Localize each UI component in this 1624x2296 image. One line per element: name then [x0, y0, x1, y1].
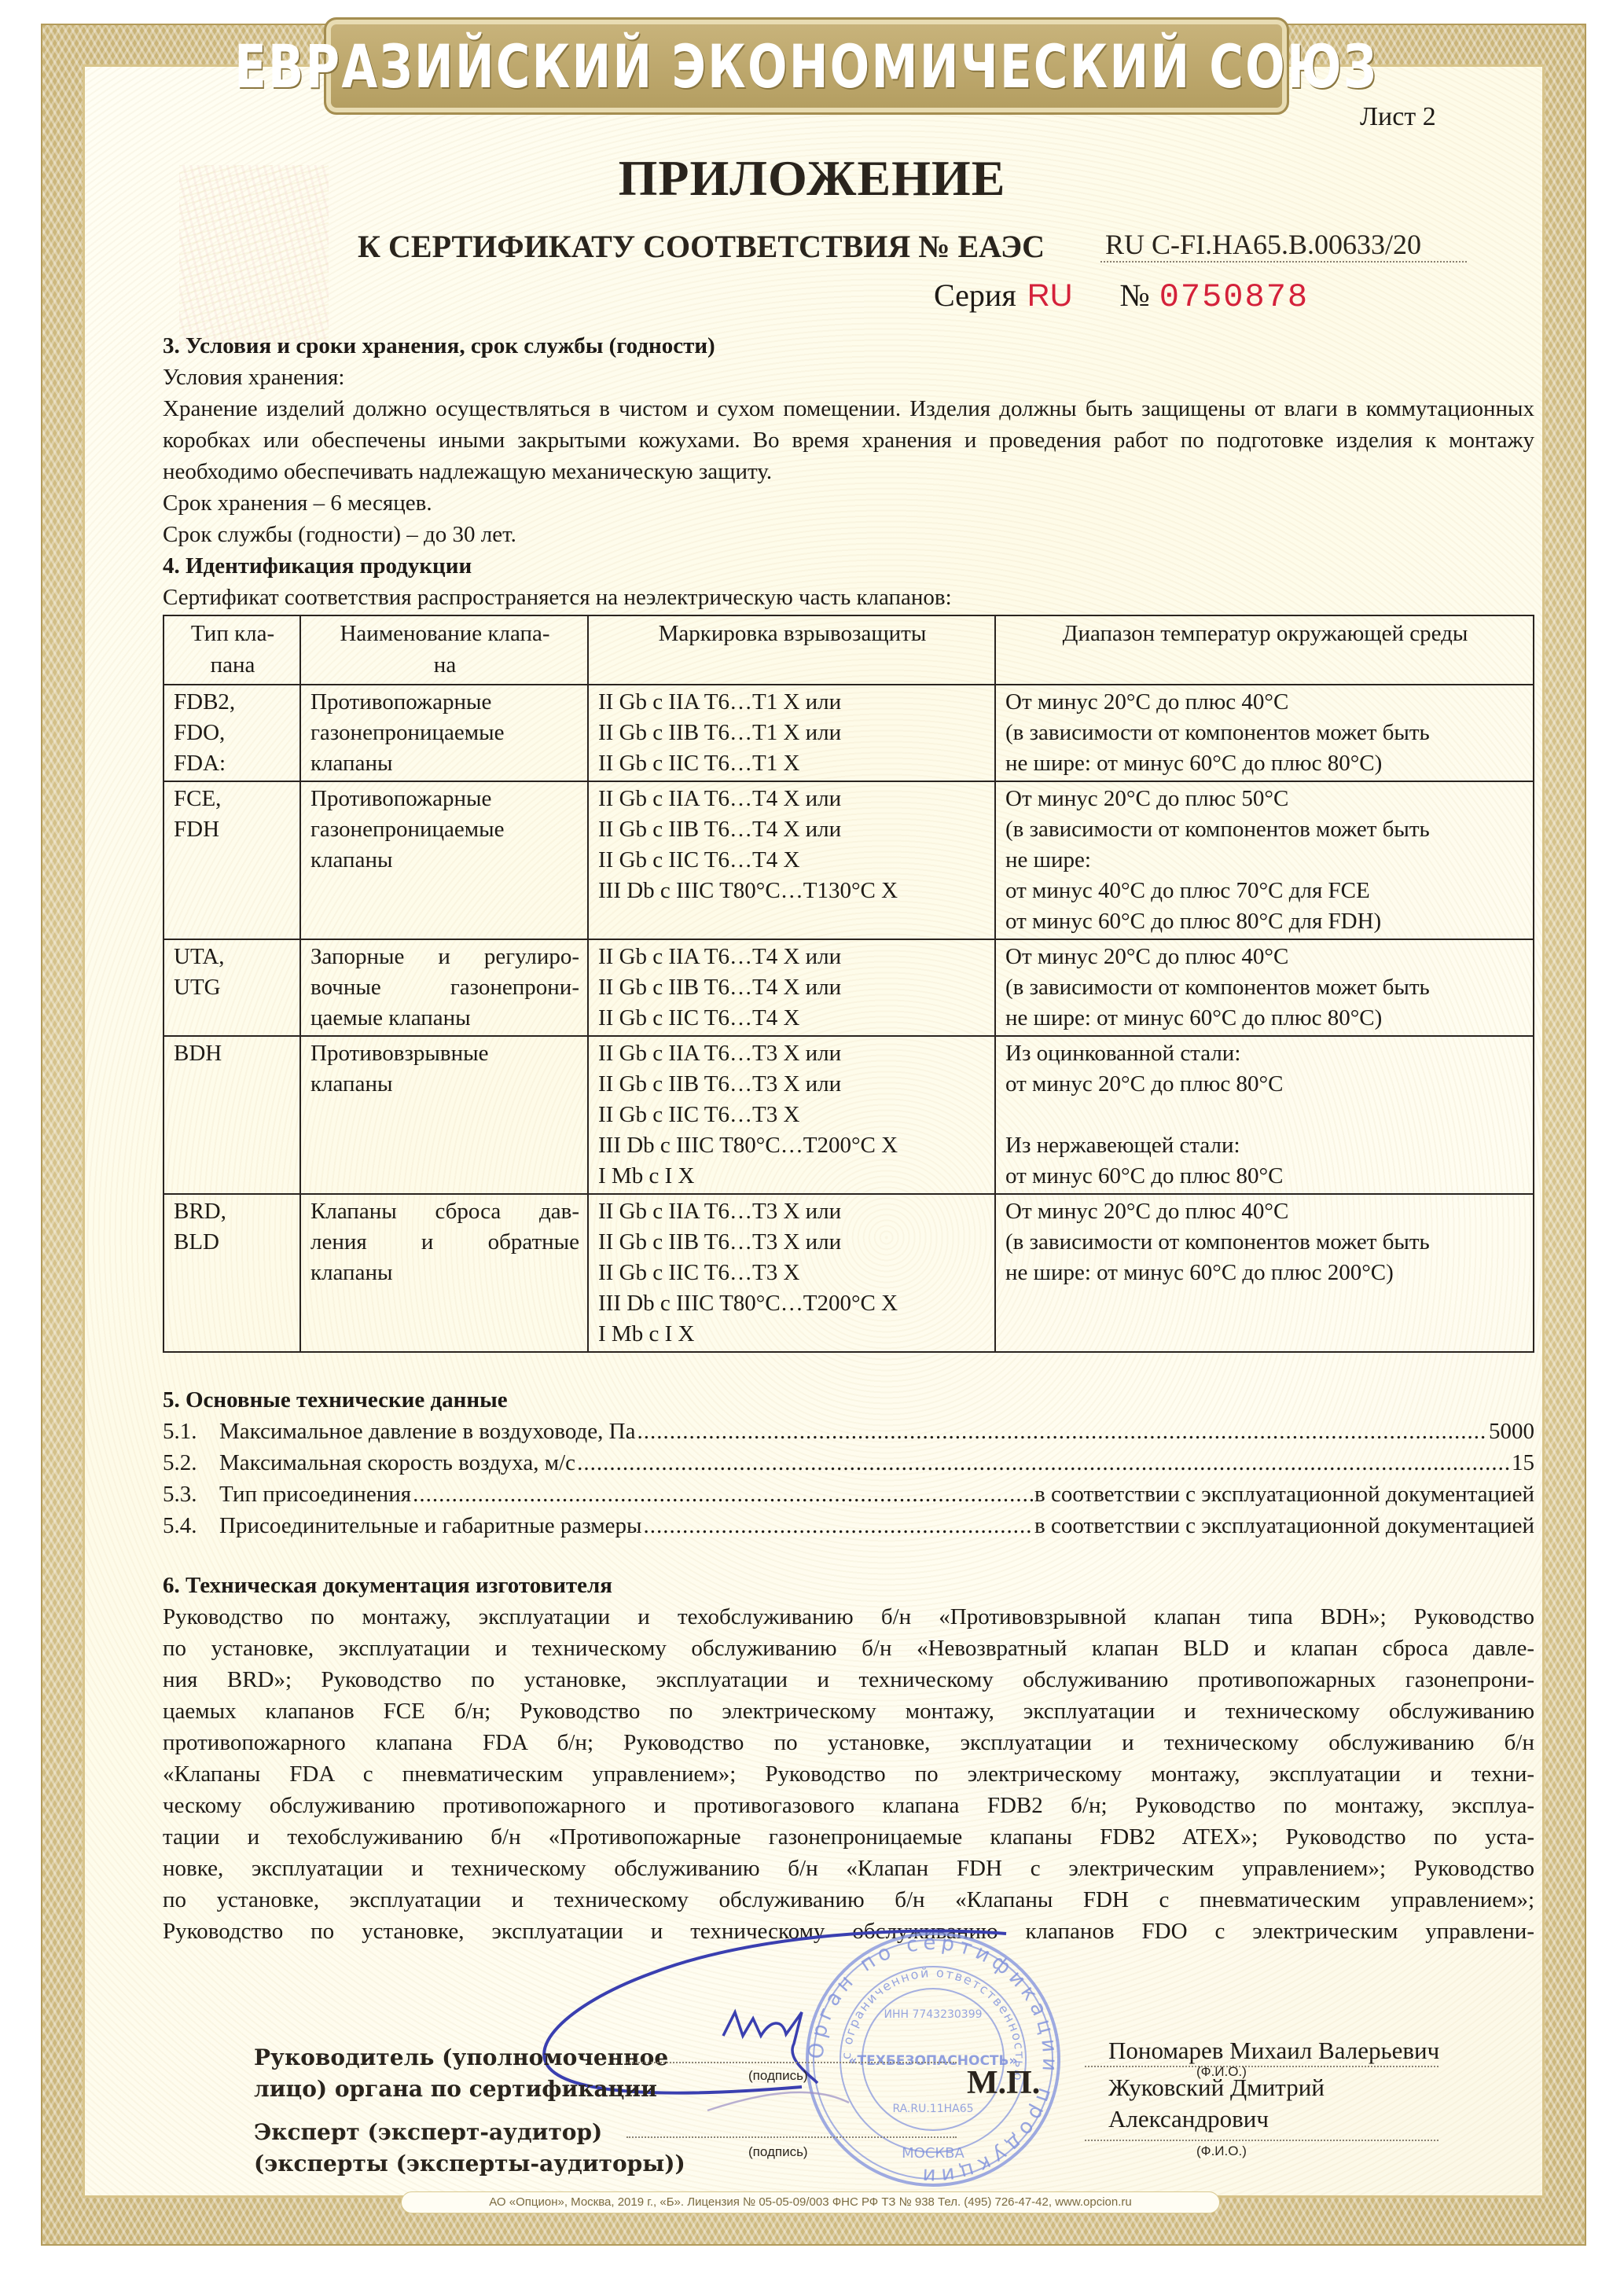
dot-leader: [637, 1416, 1487, 1447]
dot-leader: [577, 1447, 1510, 1479]
expert-name-caption: (Ф.И.О.): [1196, 2144, 1247, 2159]
documentation-line: ния BRD»; Руководство по установке, эксп…: [163, 1664, 1534, 1695]
table-header-cell: Тип кла-пана: [164, 615, 300, 685]
header-banner: ЕВРАЗИЙСКИЙ ЭКОНОМИЧЕСКИЙ СОЮЗ: [324, 17, 1289, 115]
table-cell-type: FDB2,FDO,FDA:: [164, 685, 300, 781]
expert-label-line-2: (эксперты (эксперты-аудиторы)): [254, 2148, 685, 2180]
table-cell-type: BRD,BLD: [164, 1194, 300, 1352]
tech-item-label: Тип присоединения: [219, 1479, 411, 1510]
blank-number-label: №: [1120, 277, 1150, 313]
table-cell-temperature: Из оцинкованной стали:от минус 20°C до п…: [995, 1036, 1534, 1194]
section-5: 5. Основные технические данные 5.1.Макси…: [163, 1384, 1534, 1541]
documentation-line: противопожарного клапана FDA б/н; Руково…: [163, 1727, 1534, 1758]
table-header-cell: Маркировка взрывозащиты: [588, 615, 995, 685]
service-life: Срок службы (годности) – до 30 лет.: [163, 519, 1534, 550]
section-5-heading: 5. Основные технические данные: [163, 1384, 1534, 1416]
tech-item-value: 5000: [1489, 1416, 1534, 1447]
documentation-line: цаемых клапанов FCE б/н; Руководство по …: [163, 1695, 1534, 1727]
dot-leader: [413, 1479, 1033, 1510]
dot-leader: [643, 1510, 1033, 1541]
table-cell-temperature: От минус 20°C до плюс 50°C(в зависимости…: [995, 781, 1534, 939]
documentation-line: по установке, эксплуатации и техническом…: [163, 1633, 1534, 1664]
head-label-line-2: лицо) органа по сертификации: [254, 2074, 657, 2105]
tech-data-row: 5.2.Максимальная скорость воздуха, м/с15: [163, 1447, 1534, 1479]
expert-name-line-1: Жуковский Дмитрий: [1108, 2072, 1325, 2103]
tech-item-number: 5.1.: [163, 1416, 219, 1447]
storage-conditions-text: Хранение изделий должно осуществляться в…: [163, 393, 1534, 487]
table-cell-type: FCE,FDH: [164, 781, 300, 939]
svg-text:МОСКВА: МОСКВА: [902, 2145, 964, 2162]
certificate-prefix: К СЕРТИФИКАТУ СООТВЕТСТВИЯ № ЕАЭС: [358, 228, 1045, 265]
expert-name-line: [1085, 2140, 1438, 2141]
table-row: UTA,UTGЗапорные и регулиро-вочные газоне…: [164, 939, 1534, 1036]
table-cell-marking: II Gb c IIA T6…T1 X илиII Gb c IIB T6…T1…: [588, 685, 995, 781]
table-cell-name: Запорные и регулиро-вочные газонепрони-ц…: [300, 939, 588, 1036]
head-full-name: Пономарев Михаил Валерьевич: [1108, 2035, 1439, 2066]
tech-data-row: 5.1.Максимальное давление в воздуховоде,…: [163, 1416, 1534, 1447]
documentation-line: тации и техобслуживанию б/н «Противопожа…: [163, 1821, 1534, 1853]
table-header-cell: Диапазон температур окружающей среды: [995, 615, 1534, 685]
tech-item-value: в соответствии с эксплуатационной докуме…: [1034, 1510, 1534, 1541]
head-label-line-1: Руководитель (уполномоченное: [254, 2042, 668, 2074]
documentation-line: по установке, эксплуатации и техническом…: [163, 1884, 1534, 1916]
table-cell-temperature: От минус 20°C до плюс 40°C(в зависимости…: [995, 1194, 1534, 1352]
expert-label-line-1: Эксперт (эксперт-аудитор): [254, 2117, 602, 2148]
tech-item-number: 5.2.: [163, 1447, 219, 1479]
tech-item-number: 5.3.: [163, 1479, 219, 1510]
documentation-line: «Клапаны FDA с пневматическим управление…: [163, 1758, 1534, 1790]
storage-conditions-label: Условия хранения:: [163, 362, 1534, 393]
table-row: BDHПротивовзрывныеклапаныII Gb c IIA T6……: [164, 1036, 1534, 1194]
documentation-line: ческому обслуживанию противопожарного и …: [163, 1790, 1534, 1821]
table-header-row: Тип кла-панаНаименование клапа-наМаркиро…: [164, 615, 1534, 685]
table-cell-temperature: От минус 20°C до плюс 40°C(в зависимости…: [995, 939, 1534, 1036]
documentation-line: Руководство по монтажу, эксплуатации и т…: [163, 1601, 1534, 1633]
tech-item-value: в соответствии с эксплуатационной докуме…: [1034, 1479, 1534, 1510]
documentation-line: новке, эксплуатации и техническому обслу…: [163, 1853, 1534, 1884]
table-row: BRD,BLDКлапаны сброса дав-ления и обратн…: [164, 1194, 1534, 1352]
manufacturer-documentation: Руководство по монтажу, эксплуатации и т…: [163, 1601, 1534, 1947]
table-cell-name: Противопожарныегазонепроницаемыеклапаны: [300, 685, 588, 781]
table-cell-marking: II Gb c IIA T6…T3 X илиII Gb c IIB T6…T3…: [588, 1194, 995, 1352]
printer-imprint: АО «Опцион», Москва, 2019 г., «Б». Лицен…: [401, 2191, 1220, 2213]
expert-name-line-2: Александрович: [1108, 2103, 1269, 2135]
tech-item-number: 5.4.: [163, 1510, 219, 1541]
series-label: Серия: [934, 277, 1016, 313]
storage-term: Срок хранения – 6 месяцев.: [163, 487, 1534, 519]
table-cell-marking: II Gb c IIA T6…T3 X илиII Gb c IIB T6…T3…: [588, 1036, 995, 1194]
expert-signature-caption: (подпись): [748, 2144, 808, 2160]
table-header-cell: Наименование клапа-на: [300, 615, 588, 685]
table-cell-type: BDH: [164, 1036, 300, 1194]
section-4-heading: 4. Идентификация продукции: [163, 550, 1534, 582]
section-4-intro: Сертификат соответствия распространяется…: [163, 582, 1534, 613]
document-content: 3. Условия и сроки хранения, срок службы…: [163, 330, 1534, 1947]
tech-item-label: Максимальная скорость воздуха, м/с: [219, 1447, 575, 1479]
tech-item-label: Присоединительные и габаритные размеры: [219, 1510, 641, 1541]
table-cell-name: Клапаны сброса дав-ления и обратныеклапа…: [300, 1194, 588, 1352]
tech-data-row: 5.4.Присоединительные и габаритные разме…: [163, 1510, 1534, 1541]
table-cell-marking: II Gb c IIA T6…T4 X илиII Gb c IIB T6…T4…: [588, 781, 995, 939]
head-signature-caption: (подпись): [748, 2068, 808, 2084]
certificate-number: RU C-FI.HA65.B.00633/20: [1100, 228, 1467, 263]
head-name-line: [1085, 2066, 1438, 2067]
expert-signature-line: [626, 2136, 957, 2138]
tech-data-row: 5.3.Тип присоединенияв соответствии с эк…: [163, 1479, 1534, 1510]
head-signature-line: [626, 2062, 957, 2063]
banner-title: ЕВРАЗИЙСКИЙ ЭКОНОМИЧЕСКИЙ СОЮЗ: [234, 31, 1378, 101]
table-row: FCE,FDHПротивопожарныегазонепроницаемыек…: [164, 781, 1534, 939]
table-cell-name: Противовзрывныеклапаны: [300, 1036, 588, 1194]
series-value: RU: [1027, 278, 1073, 313]
product-identification-table: Тип кла-панаНаименование клапа-наМаркиро…: [163, 615, 1534, 1353]
tech-item-label: Максимальное давление в воздуховоде, Па: [219, 1416, 635, 1447]
series-line: СерияRU№0750878: [934, 277, 1309, 316]
table-cell-marking: II Gb c IIA T6…T4 X илиII Gb c IIB T6…T4…: [588, 939, 995, 1036]
table-row: FDB2,FDO,FDA:Противопожарныегазонепрониц…: [164, 685, 1534, 781]
stamp-place-label: М.П.: [967, 2064, 1040, 2102]
table-cell-temperature: От минус 20°C до плюс 40°C(в зависимости…: [995, 685, 1534, 781]
tech-item-value: 15: [1512, 1447, 1534, 1479]
section-3-heading: 3. Условия и сроки хранения, срок службы…: [163, 330, 1534, 362]
table-cell-type: UTA,UTG: [164, 939, 300, 1036]
section-6-heading: 6. Техническая документация изготовителя: [163, 1570, 1534, 1601]
table-cell-name: Противопожарныегазонепроницаемыеклапаны: [300, 781, 588, 939]
page-title: ПРИЛОЖЕНИЕ: [0, 149, 1624, 208]
blank-number-value: 0750878: [1159, 278, 1309, 316]
section-6: 6. Техническая документация изготовителя…: [163, 1570, 1534, 1947]
sheet-number: Лист 2: [1360, 102, 1436, 132]
